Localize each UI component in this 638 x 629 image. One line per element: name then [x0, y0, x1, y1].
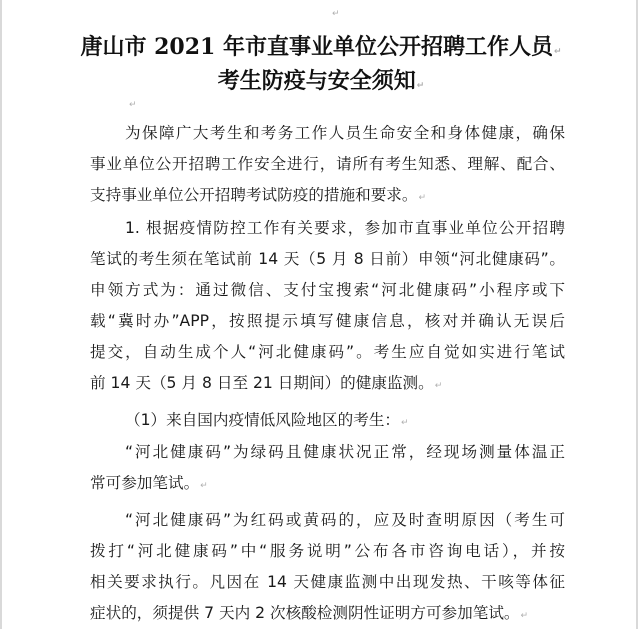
paragraph-line: （1）来自国内疫情低风险地区的考生：↵ — [90, 405, 565, 436]
title-text: 考生防疫与安全须知 — [218, 68, 416, 94]
paragraph-mark-icon: ↵ — [417, 81, 425, 91]
paragraph-line: 载“冀时办”APP，按照提示填写健康信息，核对并确认无误后 — [90, 306, 565, 337]
paragraph-line: 支持事业单位公开招聘考试防疫的措施和要求。↵ — [90, 180, 565, 211]
document-title-line-2: 考生防疫与安全须知↵ — [2, 64, 638, 95]
title-text: 唐山市 2021 年市直事业单位公开招聘工作人员 — [80, 34, 553, 60]
paragraph-line: 前 14 天（5 月 8 日至 21 日期间）的健康监测。↵ — [90, 368, 565, 399]
document-page: ↵ 唐山市 2021 年市直事业单位公开招聘工作人员↵ 考生防疫与安全须知↵ ↵… — [0, 0, 638, 629]
paragraph-line: “河北健康码”为红码或黄码的，应及时查明原因（考生可 — [90, 505, 565, 536]
paragraph-line: 常可参加笔试。↵ — [90, 468, 565, 499]
paragraph-line: 拨打“河北健康码”中“服务说明”公布各市咨询电话），并按 — [90, 536, 565, 567]
paragraph-line: 相关要求执行。凡因在 14 天健康监测中出现发热、干咳等体征 — [90, 567, 565, 598]
paragraph-line: 为保障广大考生和考务工作人员生命安全和身体健康，确保 — [90, 118, 565, 149]
paragraph-line: 笔试的考生须在笔试前 14 天（5 月 8 日前）申领“河北健康码”。 — [90, 244, 565, 275]
paragraph-line: 症状的，须提供 7 天内 2 次核酸检测阴性证明方可参加笔试。↵ — [90, 598, 565, 629]
document-title-line-1: 唐山市 2021 年市直事业单位公开招聘工作人员↵ — [2, 30, 638, 61]
paragraph-mark-icon: ↵ — [332, 9, 340, 19]
paragraph-mark-icon: ↵ — [435, 381, 443, 391]
empty-paragraph-mark-icon: ↵ — [129, 100, 137, 110]
paragraph-mark-icon: ↵ — [521, 611, 529, 621]
paragraph-line: 事业单位公开招聘工作安全进行，请所有考生知悉、理解、配合、 — [90, 149, 565, 180]
paragraph-red-yellow-code: “河北健康码”为红码或黄码的，应及时查明原因（考生可 拨打“河北健康码”中“服务… — [90, 505, 565, 629]
paragraph-mark-icon: ↵ — [401, 418, 409, 428]
paragraph-line: “河北健康码”为绿码且健康状况正常，经现场测量体温正 — [90, 437, 565, 468]
paragraph-mark-icon: ↵ — [418, 193, 426, 203]
paragraph-sub-item-1: （1）来自国内疫情低风险地区的考生：↵ — [90, 405, 565, 436]
paragraph-mark-icon: ↵ — [200, 481, 208, 491]
paragraph-item-1: 1. 根据疫情防控工作有关要求，参加市直事业单位公开招聘 笔试的考生须在笔试前 … — [90, 213, 565, 399]
paragraph-line: 申领方式为：通过微信、支付宝搜索“河北健康码”小程序或下 — [90, 275, 565, 306]
paragraph-green-code: “河北健康码”为绿码且健康状况正常，经现场测量体温正 常可参加笔试。↵ — [90, 437, 565, 499]
paragraph-mark-icon: ↵ — [554, 47, 562, 57]
paragraph-line: 1. 根据疫情防控工作有关要求，参加市直事业单位公开招聘 — [90, 213, 565, 244]
paragraph-line: 提交，自动生成个人“河北健康码”。考生应自觉如实进行笔试 — [90, 337, 565, 368]
paragraph-intro: 为保障广大考生和考务工作人员生命安全和身体健康，确保 事业单位公开招聘工作安全进… — [90, 118, 565, 211]
